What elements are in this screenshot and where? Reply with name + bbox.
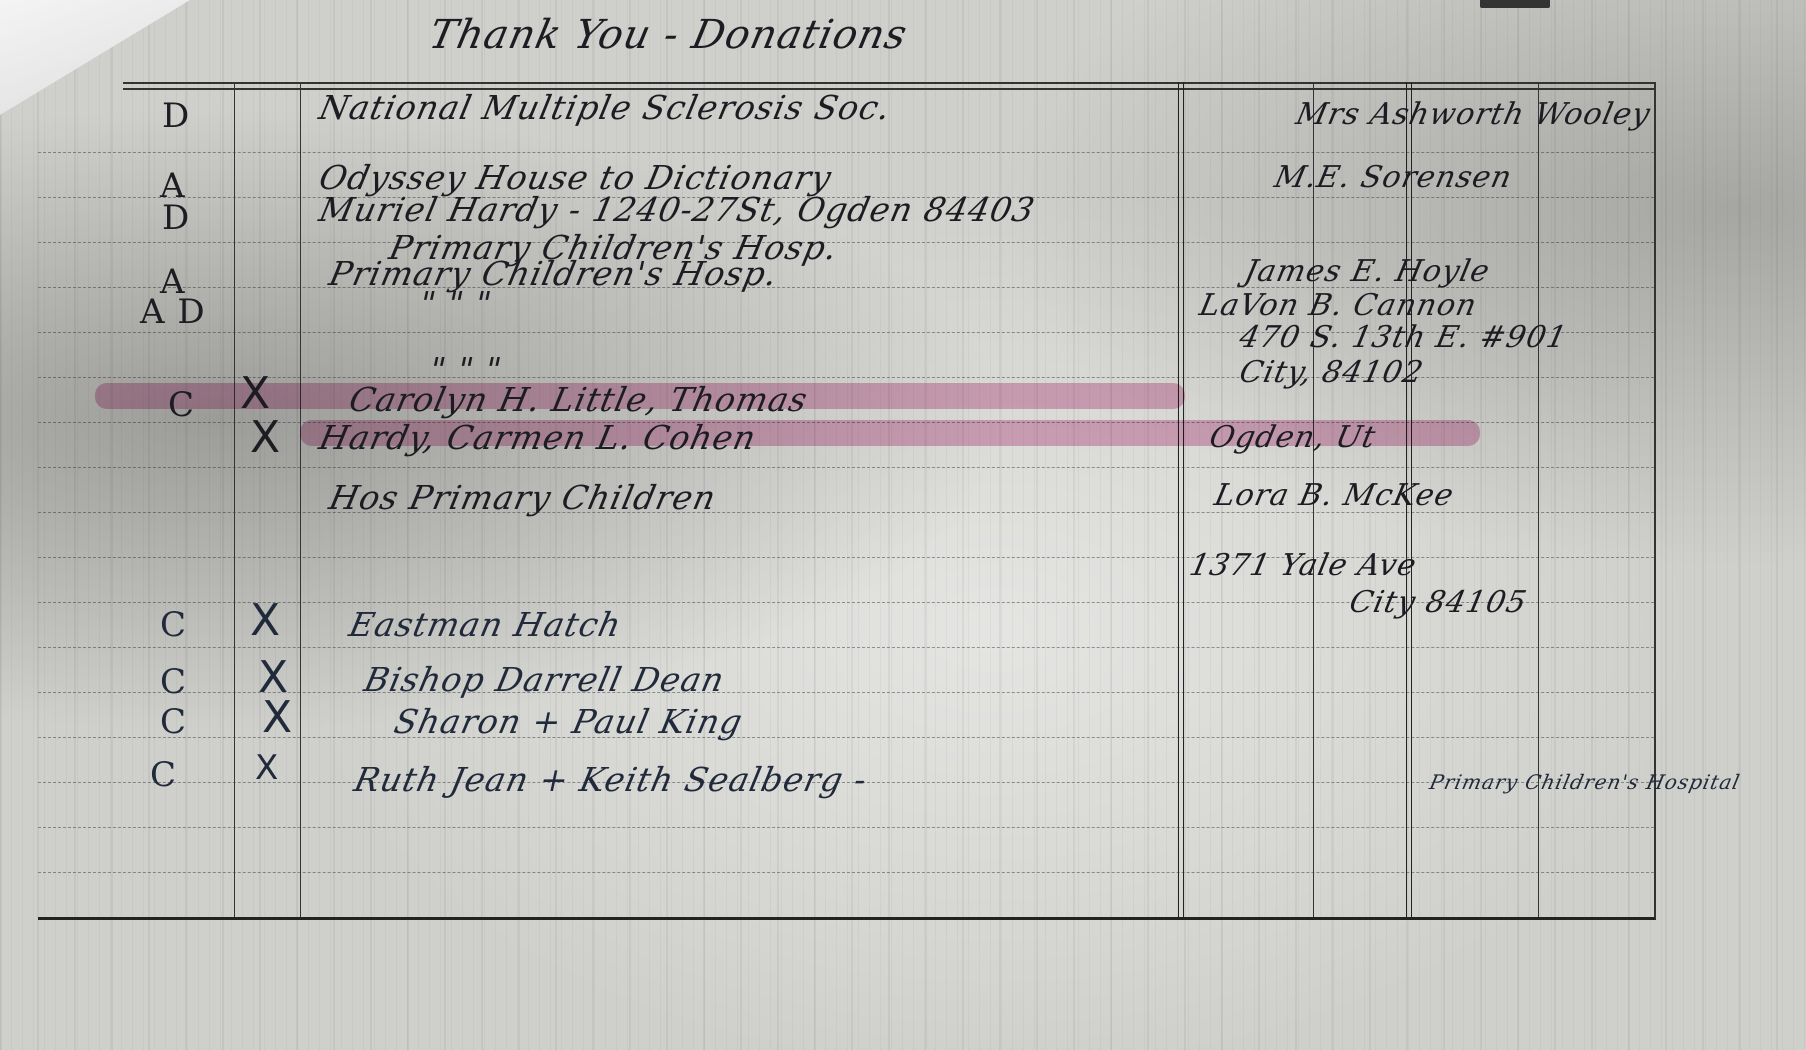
entry-contact: Lora B. McKee <box>1211 478 1457 513</box>
checkmark-x: X <box>250 595 281 646</box>
page-title: Thank You - Donations <box>425 12 912 58</box>
entry-text: Hos Primary Children <box>326 478 720 517</box>
entry-code: C <box>150 755 177 795</box>
entry-text: Carolyn H. Little, Thomas <box>346 380 812 419</box>
entry-text: National Multiple Sclerosis Soc. <box>316 88 895 127</box>
entry-text: Bishop Darrell Dean <box>361 660 728 699</box>
checkmark-x: X <box>250 412 281 463</box>
entry-code: C <box>160 605 187 645</box>
entry-contact: Ogden, Ut <box>1206 420 1379 455</box>
entry-contact: City, 84102 <box>1236 355 1427 390</box>
checkmark-x: X <box>262 692 293 743</box>
entry-contact: Primary Children's Hospital <box>1427 770 1742 794</box>
entry-code: A D <box>140 292 206 332</box>
entry-code: C <box>168 385 195 425</box>
entry-text: Eastman Hatch <box>346 605 625 644</box>
page-number-mark <box>1480 0 1550 8</box>
entry-contact: M.E. Sorensen <box>1271 160 1515 195</box>
entry-text: Sharon + Paul King <box>391 702 747 741</box>
entry-code: D <box>162 198 190 238</box>
entry-contact: 1371 Yale Ave <box>1186 548 1420 583</box>
entry-contact: LaVon B. Cannon <box>1196 288 1480 323</box>
entry-code: C <box>160 702 187 742</box>
entry-text: Primary Children's Hosp. <box>326 254 782 293</box>
entry-contact: James E. Hoyle <box>1241 254 1493 289</box>
entry-code: C <box>160 662 187 702</box>
entry-code: D <box>162 96 190 136</box>
entry-contact: Mrs Ashworth Wooley <box>1266 95 1655 135</box>
entry-text: Hardy, Carmen L. Cohen <box>316 418 760 457</box>
entry-text: " " " <box>416 284 496 323</box>
entry-contact: City 84105 <box>1346 585 1530 620</box>
entry-text: Ruth Jean + Keith Sealberg - <box>351 760 871 799</box>
checkmark-x: X <box>255 748 279 788</box>
entry-contact: 470 S. 13th E. #901 <box>1236 320 1570 355</box>
entry-text: Muriel Hardy - 1240-27St, Ogden 84403 <box>316 190 1039 229</box>
